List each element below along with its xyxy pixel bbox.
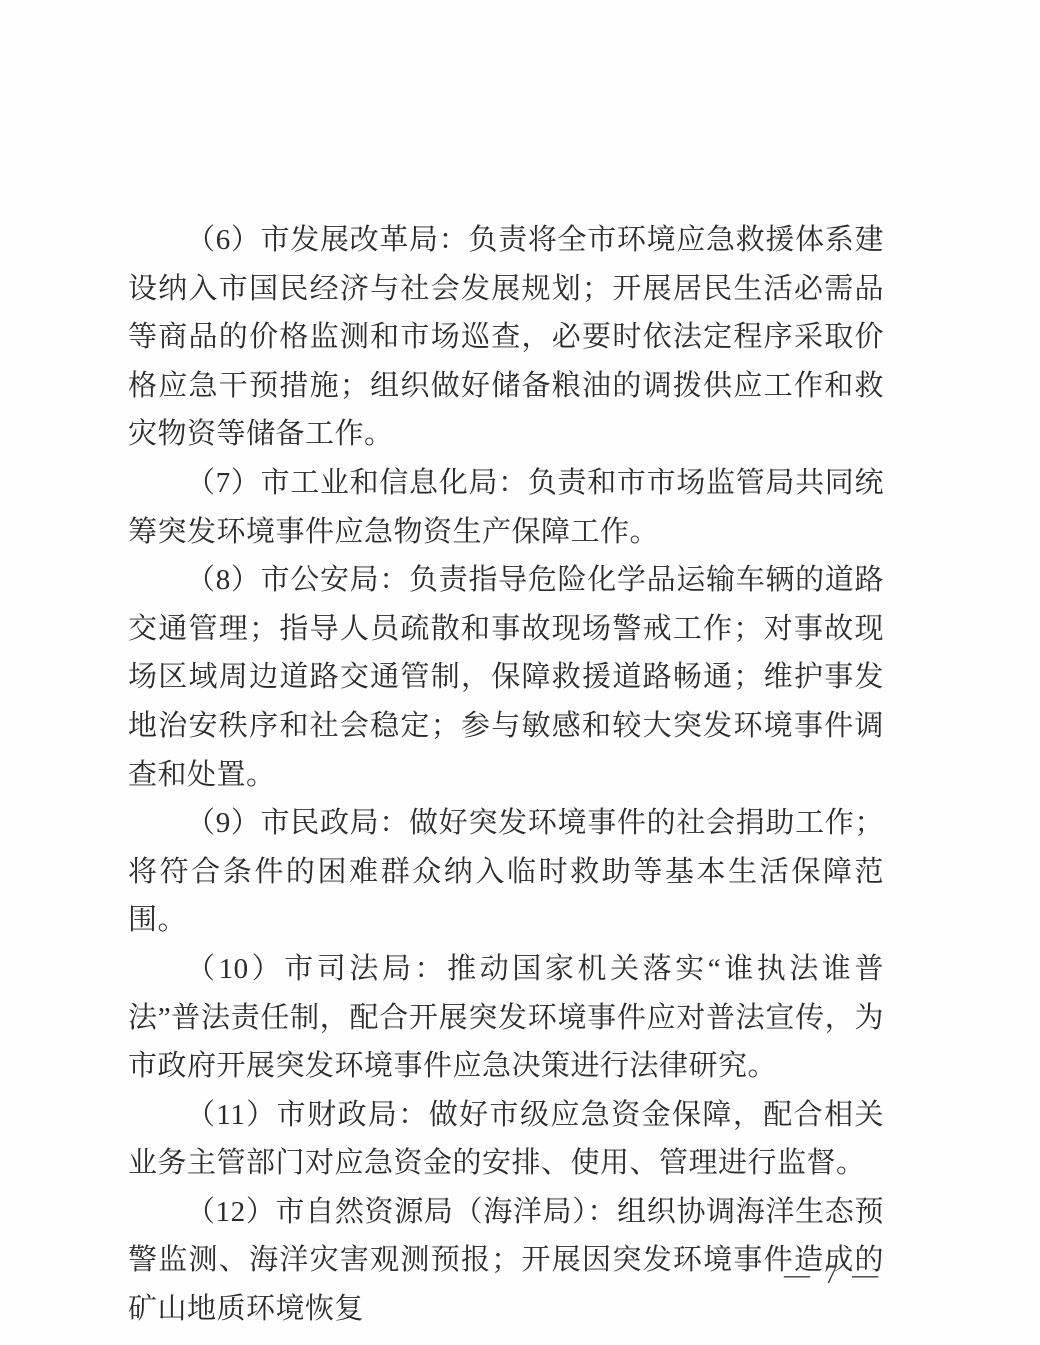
page-footer: — 7 —	[0, 1258, 1040, 1292]
document-body: （6）市发展改革局：负责将全市环境应急救援体系建设纳入市国民经济与社会发展规划；…	[128, 216, 884, 1334]
paragraph-item-9: （9）市民政局：做好突发环境事件的社会捐助工作；将符合条件的困难群众纳入临时救助…	[128, 799, 884, 945]
document-page: （6）市发展改革局：负责将全市环境应急救援体系建设纳入市国民经济与社会发展规划；…	[0, 0, 1040, 1345]
paragraph-item-6: （6）市发展改革局：负责将全市环境应急救援体系建设纳入市国民经济与社会发展规划；…	[128, 216, 884, 459]
paragraph-item-8: （8）市公安局：负责指导危险化学品运输车辆的道路交通管理；指导人员疏散和事故现场…	[128, 556, 884, 799]
paragraph-item-7: （7）市工业和信息化局：负责和市市场监管局共同统筹突发环境事件应急物资生产保障工…	[128, 459, 884, 556]
page-number: — 7 —	[784, 1258, 882, 1292]
paragraph-item-10: （10）市司法局：推动国家机关落实“谁执法谁普法”普法责任制，配合开展突发环境事…	[128, 945, 884, 1091]
paragraph-item-11: （11）市财政局：做好市级应急资金保障，配合相关业务主管部门对应急资金的安排、使…	[128, 1091, 884, 1188]
